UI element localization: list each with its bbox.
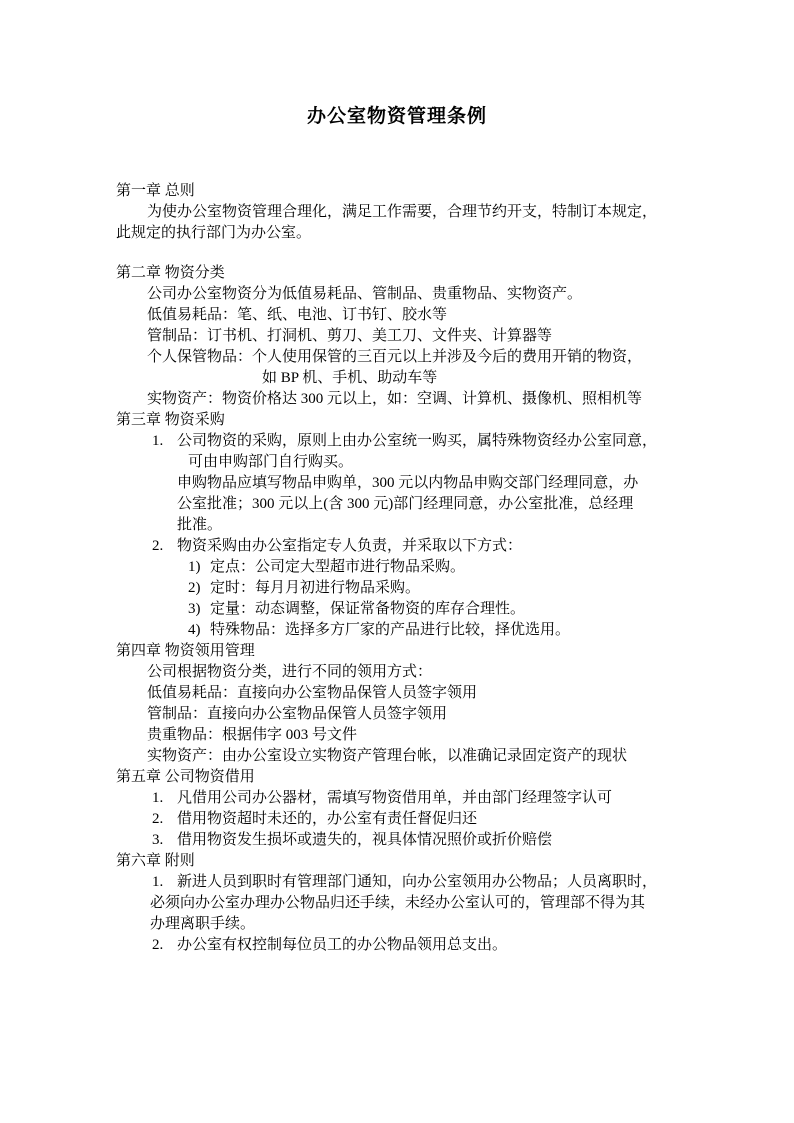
doc-line: 实物资产：物资价格达 300 元以上，如：空调、计算机、摄像机、照相机等	[147, 389, 678, 410]
document-content: 办公室物资管理条例 第一章 总则为使办公室物资管理合理化，满足工作需要，合理节约…	[0, 0, 794, 956]
list-item: 1.新进人员到职时有管理部门通知，向办公室领用办公物品；人员离职时，	[116, 872, 678, 893]
document-page: 办公室物资管理条例 第一章 总则为使办公室物资管理合理化，满足工作需要，合理节约…	[0, 0, 794, 1123]
list-item: 4)特殊物品：选择多方厂家的产品进行比较，择优选用。	[116, 620, 678, 641]
list-marker: 4)	[188, 620, 201, 641]
doc-line: 申购物品应填写物品申购单，300 元以内物品申购交部门经理同意，办	[177, 473, 678, 494]
list-item-text: 办公室有权控制每位员工的办公物品领用总支出。	[177, 937, 507, 953]
list-item-text: 定量：动态调整，保证常备物资的库存合理性。	[210, 601, 525, 617]
list-item: 2.物资采购由办公室指定专人负责，并采取以下方式：	[116, 536, 678, 557]
doc-line: 个人保管物品：个人使用保管的三百元以上并涉及今后的费用开销的物资，	[147, 347, 678, 368]
chapter-heading: 第二章 物资分类	[116, 263, 678, 284]
list-marker: 1.	[152, 788, 163, 809]
doc-line: 低值易耗品：直接向办公室物品保管人员签字领用	[147, 683, 678, 704]
list-marker: 2.	[152, 935, 163, 956]
list-item-text: 公司物资的采购，原则上由办公室统一购买，属特殊物资经办公室同意，	[177, 433, 657, 449]
list-marker: 1.	[152, 431, 163, 452]
list-item-text: 定时：每月月初进行物品采购。	[210, 580, 420, 596]
chapter-heading: 第四章 物资领用管理	[116, 641, 678, 662]
doc-line: 为使办公室物资管理合理化，满足工作需要，合理节约开支，特制订本规定，	[147, 202, 678, 223]
list-marker: 3.	[152, 830, 163, 851]
list-marker: 2.	[152, 536, 163, 557]
document-body: 第一章 总则为使办公室物资管理合理化，满足工作需要，合理节约开支，特制订本规定，…	[116, 181, 678, 956]
list-marker: 1)	[188, 557, 201, 578]
list-item: 1)定点：公司定大型超市进行物品采购。	[116, 557, 678, 578]
list-item: 2.借用物资超时未还的，办公室有责任督促归还	[116, 809, 678, 830]
doc-line: 办理离职手续。	[150, 914, 678, 935]
doc-line: 批准。	[177, 515, 678, 536]
list-marker: 1.	[152, 872, 163, 893]
doc-line: 实物资产：由办公室设立实物资产管理台帐，以准确记录固定资产的现状	[147, 746, 678, 767]
list-item-text: 定点：公司定大型超市进行物品采购。	[210, 559, 465, 575]
list-item-text: 新进人员到职时有管理部门通知，向办公室领用办公物品；人员离职时，	[177, 874, 657, 890]
list-item: 2)定时：每月月初进行物品采购。	[116, 578, 678, 599]
list-marker: 3)	[188, 599, 201, 620]
list-item: 1.公司物资的采购，原则上由办公室统一购买，属特殊物资经办公室同意，	[116, 431, 678, 452]
doc-line: 此规定的执行部门为办公室。	[116, 223, 678, 244]
list-item: 3.借用物资发生损坏或遗失的，视具体情况照价或折价赔偿	[116, 830, 678, 851]
chapter-heading: 第六章 附则	[116, 851, 678, 872]
list-marker: 2)	[188, 578, 201, 599]
list-item-text: 借用物资超时未还的，办公室有责任督促归还	[177, 811, 477, 827]
list-item-text: 凡借用公司办公器材，需填写物资借用单，并由部门经理签字认可	[177, 790, 612, 806]
doc-line: 公司根据物资分类，进行不同的领用方式：	[147, 662, 678, 683]
chapter-heading: 第五章 公司物资借用	[116, 767, 678, 788]
list-item: 2.办公室有权控制每位员工的办公物品领用总支出。	[116, 935, 678, 956]
document-title: 办公室物资管理条例	[116, 104, 678, 130]
doc-line: 如 BP 机、手机、助动车等	[262, 368, 678, 389]
chapter-heading: 第三章 物资采购	[116, 410, 678, 431]
doc-line: 公司办公室物资分为低值易耗品、管制品、贵重物品、实物资产。	[147, 284, 678, 305]
doc-line: 管制品：订书机、打洞机、剪刀、美工刀、文件夹、计算器等	[147, 326, 678, 347]
doc-line: 必须向办公室办理办公物品归还手续，未经办公室认可的，管理部不得为其	[150, 893, 678, 914]
list-marker: 2.	[152, 809, 163, 830]
doc-line: 可由申购部门自行购买。	[188, 452, 678, 473]
doc-line: 管制品：直接向办公室物品保管人员签字领用	[147, 704, 678, 725]
doc-line: 低值易耗品：笔、纸、电池、订书钉、胶水等	[147, 305, 678, 326]
doc-line: 公室批准；300 元以上(含 300 元)部门经理同意，办公室批准，总经理	[177, 494, 678, 515]
doc-line: 贵重物品：根据伟字 003 号文件	[147, 725, 678, 746]
list-item-text: 借用物资发生损坏或遗失的，视具体情况照价或折价赔偿	[177, 832, 552, 848]
chapter-heading: 第一章 总则	[116, 181, 678, 202]
list-item: 1.凡借用公司办公器材，需填写物资借用单，并由部门经理签字认可	[116, 788, 678, 809]
list-item: 3)定量：动态调整，保证常备物资的库存合理性。	[116, 599, 678, 620]
list-item-text: 物资采购由办公室指定专人负责，并采取以下方式：	[177, 538, 522, 554]
list-item-text: 特殊物品：选择多方厂家的产品进行比较，择优选用。	[210, 622, 570, 638]
